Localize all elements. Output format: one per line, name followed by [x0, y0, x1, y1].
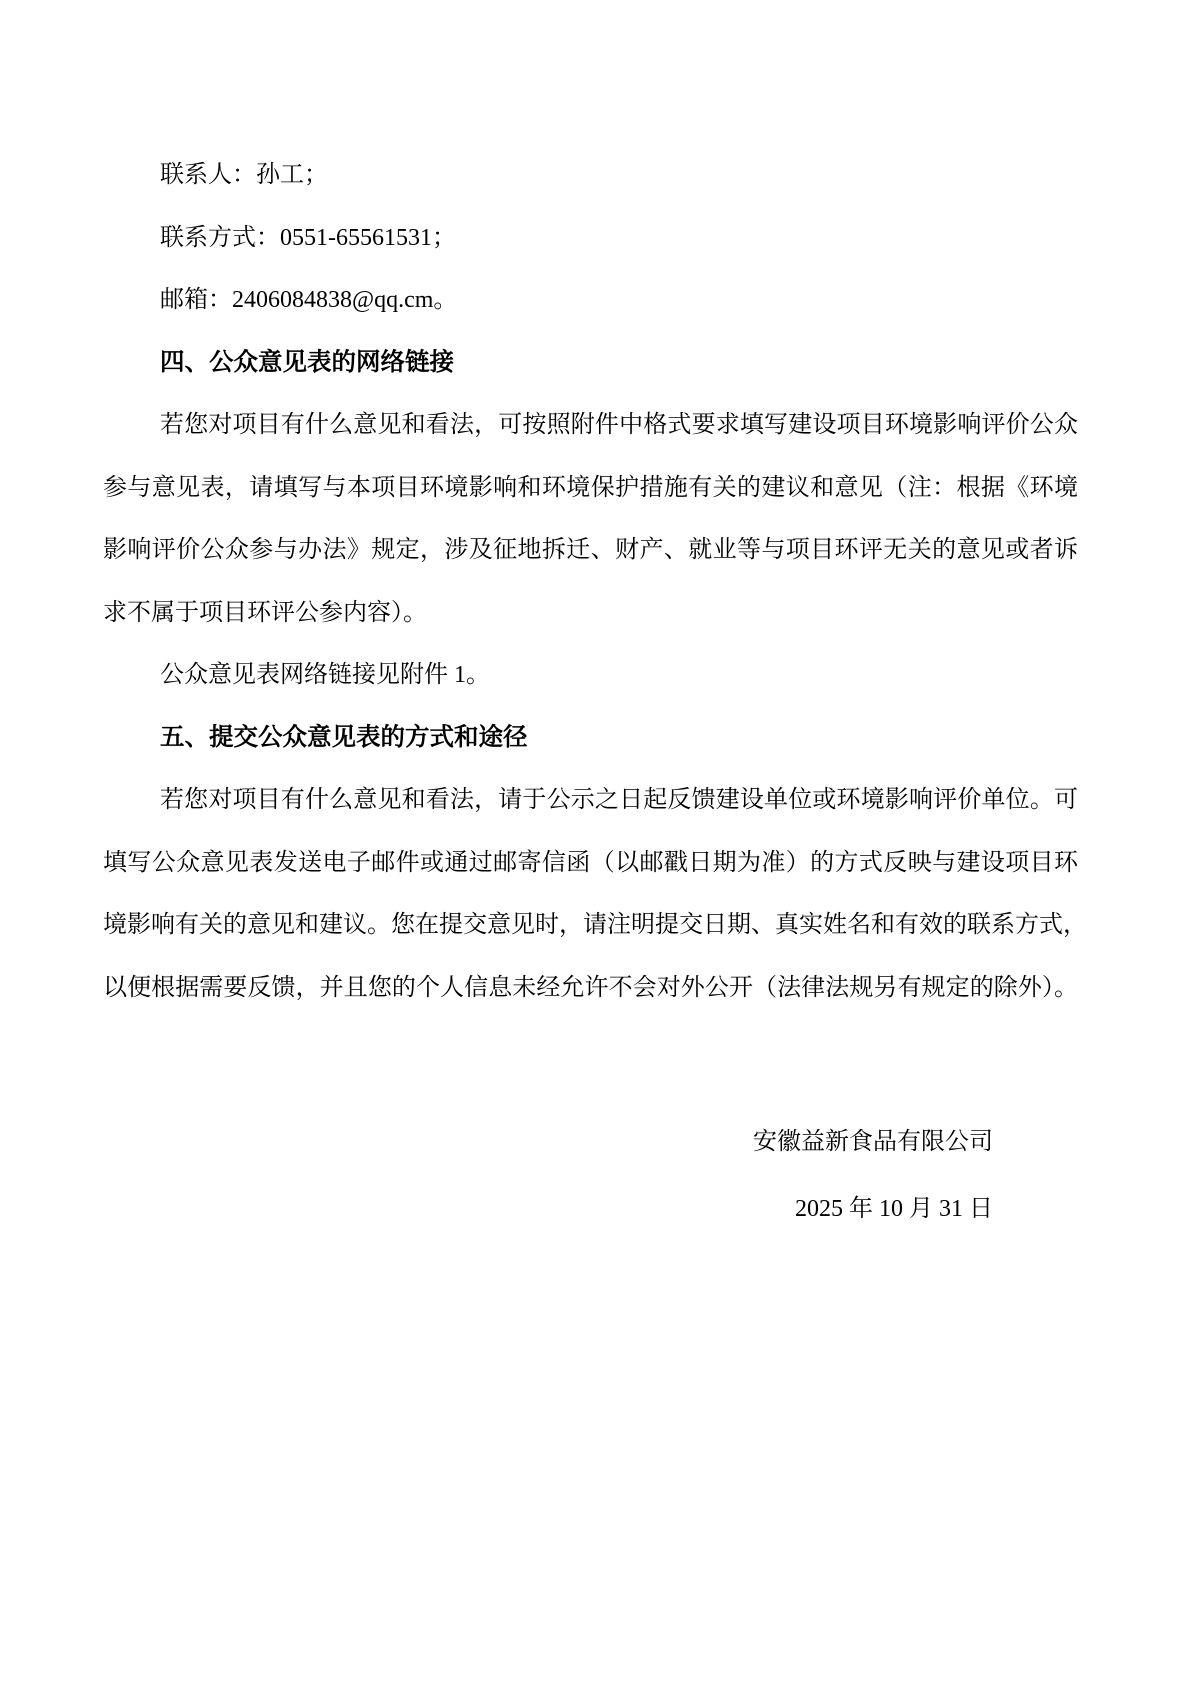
section-five-heading: 五、提交公众意见表的方式和途径 [103, 707, 1078, 770]
section-four-paragraph-line-4: 求不属于项目环评公参内容）。 [103, 582, 1078, 645]
section-four-paragraph-line-3: 影响评价公众参与办法》规定，涉及征地拆迁、财产、就业等与项目环评无关的意见或者诉 [103, 519, 1078, 582]
signature-date: 2025 年 10 月 31 日 [103, 1176, 993, 1243]
section-four-paragraph-line-2: 参与意见表，请填写与本项目环境影响和环境保护措施有关的建议和意见（注：根据《环境 [103, 457, 1078, 520]
section-five-paragraph-line-2: 填写公众意见表发送电子邮件或通过邮寄信函（以邮戳日期为准）的方式反映与建设项目环 [103, 832, 1078, 895]
attachment-note-line: 公众意见表网络链接见附件 1。 [103, 644, 1078, 707]
signature-company: 安徽益新食品有限公司 [103, 1109, 993, 1176]
contact-phone-line: 联系方式：0551-65561531； [103, 207, 1078, 270]
signature-block: 安徽益新食品有限公司 2025 年 10 月 31 日 [103, 1109, 1078, 1243]
section-five-paragraph-line-3: 境影响有关的意见和建议。您在提交意见时，请注明提交日期、真实姓名和有效的联系方式… [103, 894, 1078, 957]
section-five-paragraph-line-1: 若您对项目有什么意见和看法，请于公示之日起反馈建设单位或环境影响评价单位。可 [103, 769, 1078, 832]
document-body: 联系人：孙工； 联系方式：0551-65561531； 邮箱：240608483… [103, 144, 1078, 1019]
section-five-paragraph-line-4: 以便根据需要反馈，并且您的个人信息未经允许不会对外公开（法律法规另有规定的除外）… [103, 957, 1078, 1020]
document-page: 联系人：孙工； 联系方式：0551-65561531； 邮箱：240608483… [0, 0, 1190, 1683]
section-four-heading: 四、公众意见表的网络链接 [103, 332, 1078, 395]
contact-email-line: 邮箱：2406084838@qq.cm。 [103, 269, 1078, 332]
section-four-paragraph-line-1: 若您对项目有什么意见和看法，可按照附件中格式要求填写建设项目环境影响评价公众 [103, 394, 1078, 457]
contact-person-line: 联系人：孙工； [103, 144, 1078, 207]
